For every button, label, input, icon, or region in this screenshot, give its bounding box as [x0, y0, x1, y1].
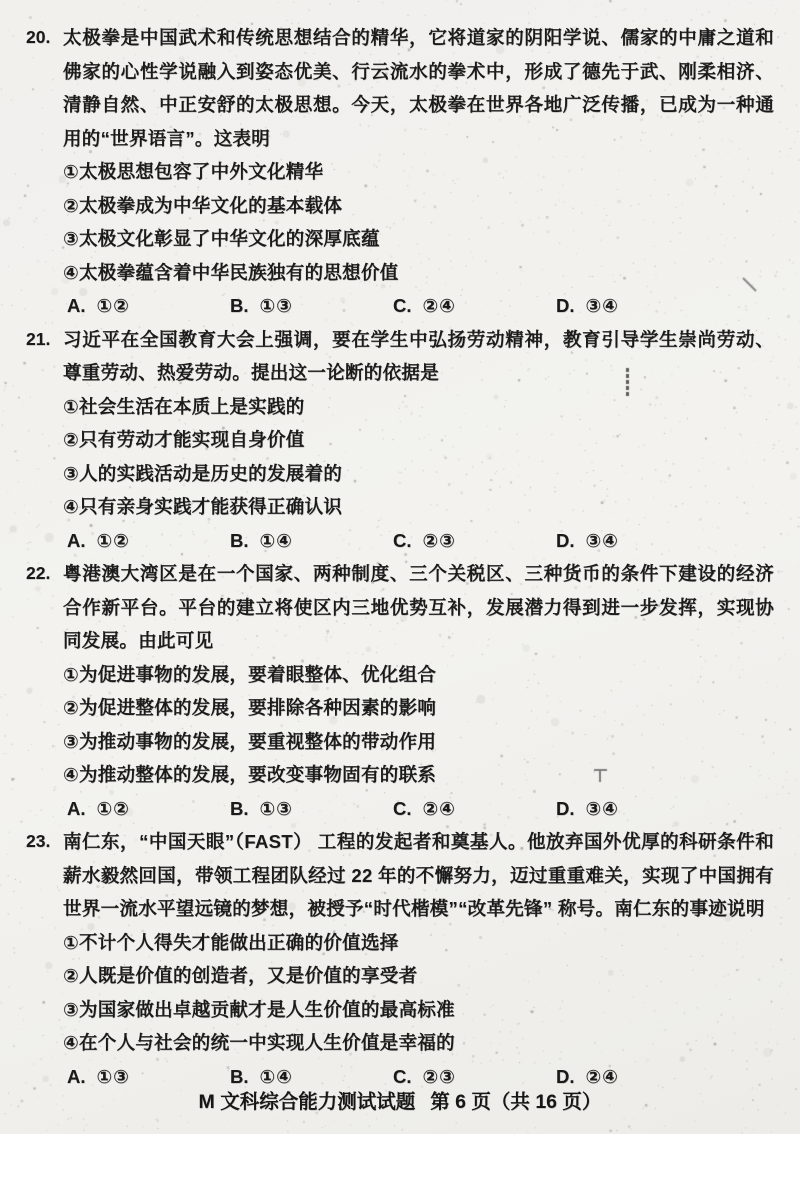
option-c: C.②③	[393, 524, 556, 558]
question-stem: 南仁东，“中国天眼”（FAST） 工程的发起者和奠基人。他放弃国外优厚的科研条件…	[63, 825, 774, 926]
option-letter: A.	[67, 295, 86, 316]
question-number: 21.	[26, 323, 50, 357]
option-value: ①④	[260, 530, 293, 551]
answer-options-row: A.①② B.①③ C.②④ D.③④	[67, 792, 774, 826]
option-letter: D.	[556, 530, 575, 551]
option-d: D.③④	[556, 289, 619, 323]
option-letter: D.	[556, 798, 575, 819]
question-body: 习近平在全国教育大会上强调，要在学生中弘扬劳动精神，教育引导学生崇尚劳动、尊重劳…	[63, 323, 774, 558]
option-letter: A.	[67, 798, 86, 819]
option-value: ①③	[260, 295, 293, 316]
option-value: ②④	[423, 798, 456, 819]
statement-item: ②人既是价值的创造者，又是价值的享受者	[63, 959, 774, 993]
option-letter: D.	[556, 295, 575, 316]
answer-options-row: A.①② B.①③ C.②④ D.③④	[67, 289, 774, 323]
scanned-exam-page: 20. 太极拳是中国武术和传统思想结合的精华，它将道家的阴阳学说、儒家的中庸之道…	[0, 0, 800, 1179]
question-body: 粤港澳大湾区是在一个国家、两种制度、三个关税区、三种货币的条件下建设的经济合作新…	[63, 557, 774, 825]
question-number: 23.	[26, 825, 50, 859]
option-value: ①③	[260, 798, 293, 819]
option-b: B.①③	[230, 289, 393, 323]
question-number: 22.	[26, 557, 50, 591]
option-letter: C.	[393, 530, 412, 551]
option-value: ③④	[586, 530, 619, 551]
question-stem: 太极拳是中国武术和传统思想结合的精华，它将道家的阴阳学说、儒家的中庸之道和佛家的…	[63, 21, 774, 155]
statement-item: ④在个人与社会的统一中实现人生价值是幸福的	[63, 1026, 774, 1060]
option-value: ①②	[97, 530, 130, 551]
statement-item: ③太极文化彰显了中华文化的深厚底蕴	[63, 222, 774, 256]
option-a: A.①②	[67, 289, 230, 323]
option-c: C.②④	[393, 792, 556, 826]
page-footer: M 文科综合能力测试试题第 6 页（共 16 页）	[0, 1086, 800, 1114]
statement-item: ①社会生活在本质上是实践的	[63, 390, 774, 424]
statement-item: ②为促进整体的发展，要排除各种因素的影响	[63, 691, 774, 725]
statement-item: ①太极思想包容了中外文化精华	[63, 155, 774, 189]
option-letter: B.	[230, 530, 249, 551]
option-letter: A.	[67, 1066, 86, 1087]
option-value: ②④	[586, 1066, 619, 1087]
option-a: A.①②	[67, 524, 230, 558]
option-letter: B.	[230, 1066, 249, 1087]
option-d: D.③④	[556, 792, 619, 826]
option-letter: C.	[393, 295, 412, 316]
option-letter: C.	[393, 798, 412, 819]
footer-page-number: 第 6 页（共 16 页）	[430, 1091, 601, 1113]
option-value: ①③	[97, 1066, 130, 1087]
question-stem: 习近平在全国教育大会上强调，要在学生中弘扬劳动精神，教育引导学生崇尚劳动、尊重劳…	[63, 323, 774, 390]
statement-item: ③人的实践活动是历史的发展着的	[63, 457, 774, 491]
statement-item: ③为国家做出卓越贡献才是人生价值的最高标准	[63, 993, 774, 1027]
option-value: ①②	[97, 798, 130, 819]
option-value: ③④	[586, 295, 619, 316]
option-letter: D.	[556, 1066, 575, 1087]
statement-item: ④太极拳蕴含着中华民族独有的思想价值	[63, 256, 774, 290]
option-letter: B.	[230, 798, 249, 819]
footer-exam-title: M 文科综合能力测试试题	[199, 1091, 416, 1113]
statement-item: ④只有亲身实践才能获得正确认识	[63, 490, 774, 524]
option-letter: B.	[230, 295, 249, 316]
statement-item: ③为推动事物的发展，要重视整体的带动作用	[63, 725, 774, 759]
option-letter: A.	[67, 530, 86, 551]
option-d: D.③④	[556, 524, 619, 558]
statement-item: ②只有劳动才能实现自身价值	[63, 423, 774, 457]
option-a: A.①②	[67, 792, 230, 826]
question-body: 太极拳是中国武术和传统思想结合的精华，它将道家的阴阳学说、儒家的中庸之道和佛家的…	[63, 21, 774, 323]
question-23: 23. 南仁东，“中国天眼”（FAST） 工程的发起者和奠基人。他放弃国外优厚的…	[0, 825, 800, 1093]
option-value: ②④	[423, 295, 456, 316]
option-b: B.①③	[230, 792, 393, 826]
question-stem: 粤港澳大湾区是在一个国家、两种制度、三个关税区、三种货币的条件下建设的经济合作新…	[63, 557, 774, 658]
question-20: 20. 太极拳是中国武术和传统思想结合的精华，它将道家的阴阳学说、儒家的中庸之道…	[0, 21, 800, 323]
option-b: B.①④	[230, 524, 393, 558]
option-value: ①④	[260, 1066, 293, 1087]
statement-item: ④为推动整体的发展，要改变事物固有的联系	[63, 758, 774, 792]
question-22: 22. 粤港澳大湾区是在一个国家、两种制度、三个关税区、三种货币的条件下建设的经…	[0, 557, 800, 825]
option-value: ③④	[586, 798, 619, 819]
statement-item: ①为促进事物的发展，要着眼整体、优化组合	[63, 658, 774, 692]
statement-item: ①不计个人得失才能做出正确的价值选择	[63, 926, 774, 960]
option-value: ①②	[97, 295, 130, 316]
question-body: 南仁东，“中国天眼”（FAST） 工程的发起者和奠基人。他放弃国外优厚的科研条件…	[63, 825, 774, 1093]
question-21: 21. 习近平在全国教育大会上强调，要在学生中弘扬劳动精神，教育引导学生崇尚劳动…	[0, 323, 800, 558]
statement-item: ②太极拳成为中华文化的基本载体	[63, 189, 774, 223]
option-value: ②③	[423, 530, 456, 551]
question-number: 20.	[26, 21, 50, 55]
answer-options-row: A.①② B.①④ C.②③ D.③④	[67, 524, 774, 558]
option-value: ②③	[423, 1066, 456, 1087]
option-letter: C.	[393, 1066, 412, 1087]
page-content: 20. 太极拳是中国武术和传统思想结合的精华，它将道家的阴阳学说、儒家的中庸之道…	[0, 21, 800, 1093]
option-c: C.②④	[393, 289, 556, 323]
